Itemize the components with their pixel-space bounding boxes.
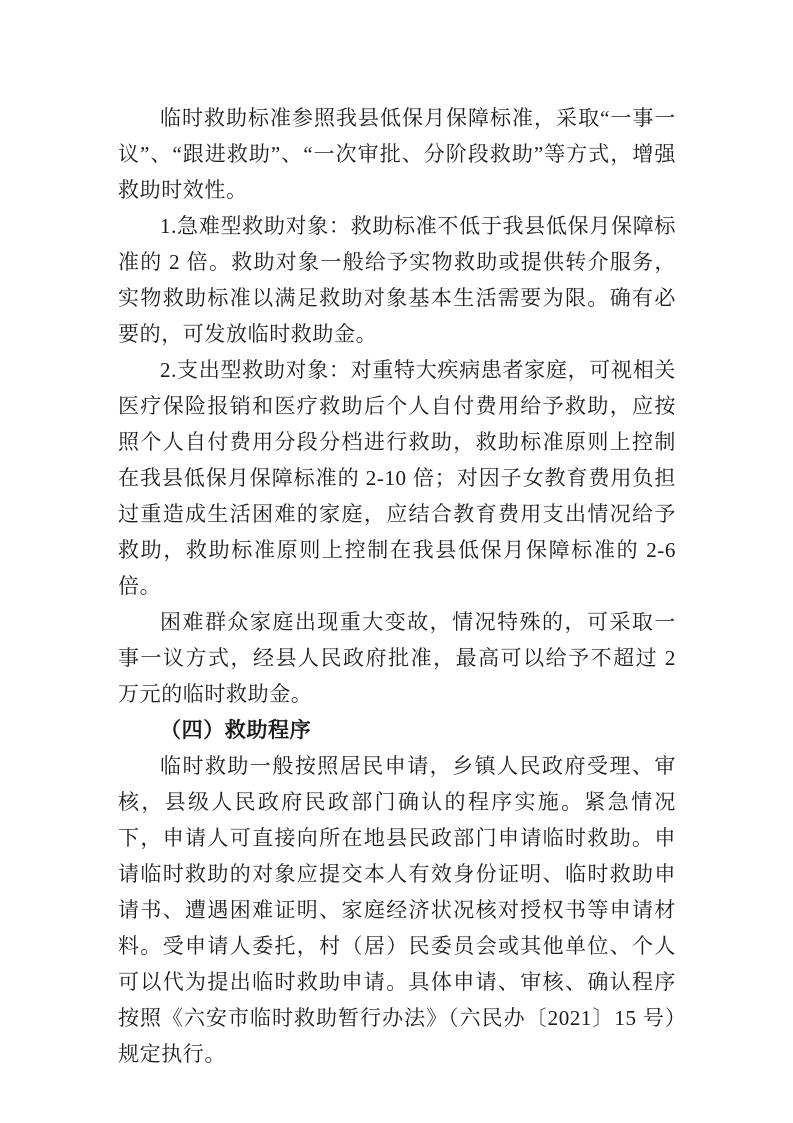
paragraph-special-major-change: 困难群众家庭出现重大变故，情况特殊的，可采取一事一议方式，经县人民政府批准，最高… — [118, 604, 676, 712]
paragraph-assist-standard: 临时救助标准参照我县低保月保障标准，采取“一事一议”、“跟进救助”、“一次审批、… — [118, 100, 676, 208]
document-page: 临时救助标准参照我县低保月保障标准，采取“一事一议”、“跟进救助”、“一次审批、… — [0, 0, 793, 1123]
section-heading-assist-procedure: （四）救助程序 — [118, 712, 676, 748]
paragraph-procedure-detail: 临时救助一般按照居民申请，乡镇人民政府受理、审核，县级人民政府民政部门确认的程序… — [118, 748, 676, 1072]
document-body: 临时救助标准参照我县低保月保障标准，采取“一事一议”、“跟进救助”、“一次审批、… — [118, 100, 676, 1072]
paragraph-expenditure-type-object: 2.支出型救助对象：对重特大疾病患者家庭，可视相关医疗保险报销和医疗救助后个人自… — [118, 352, 676, 604]
paragraph-emergency-type-object: 1.急难型救助对象：救助标准不低于我县低保月保障标准的 2 倍。救助对象一般给予… — [118, 208, 676, 352]
